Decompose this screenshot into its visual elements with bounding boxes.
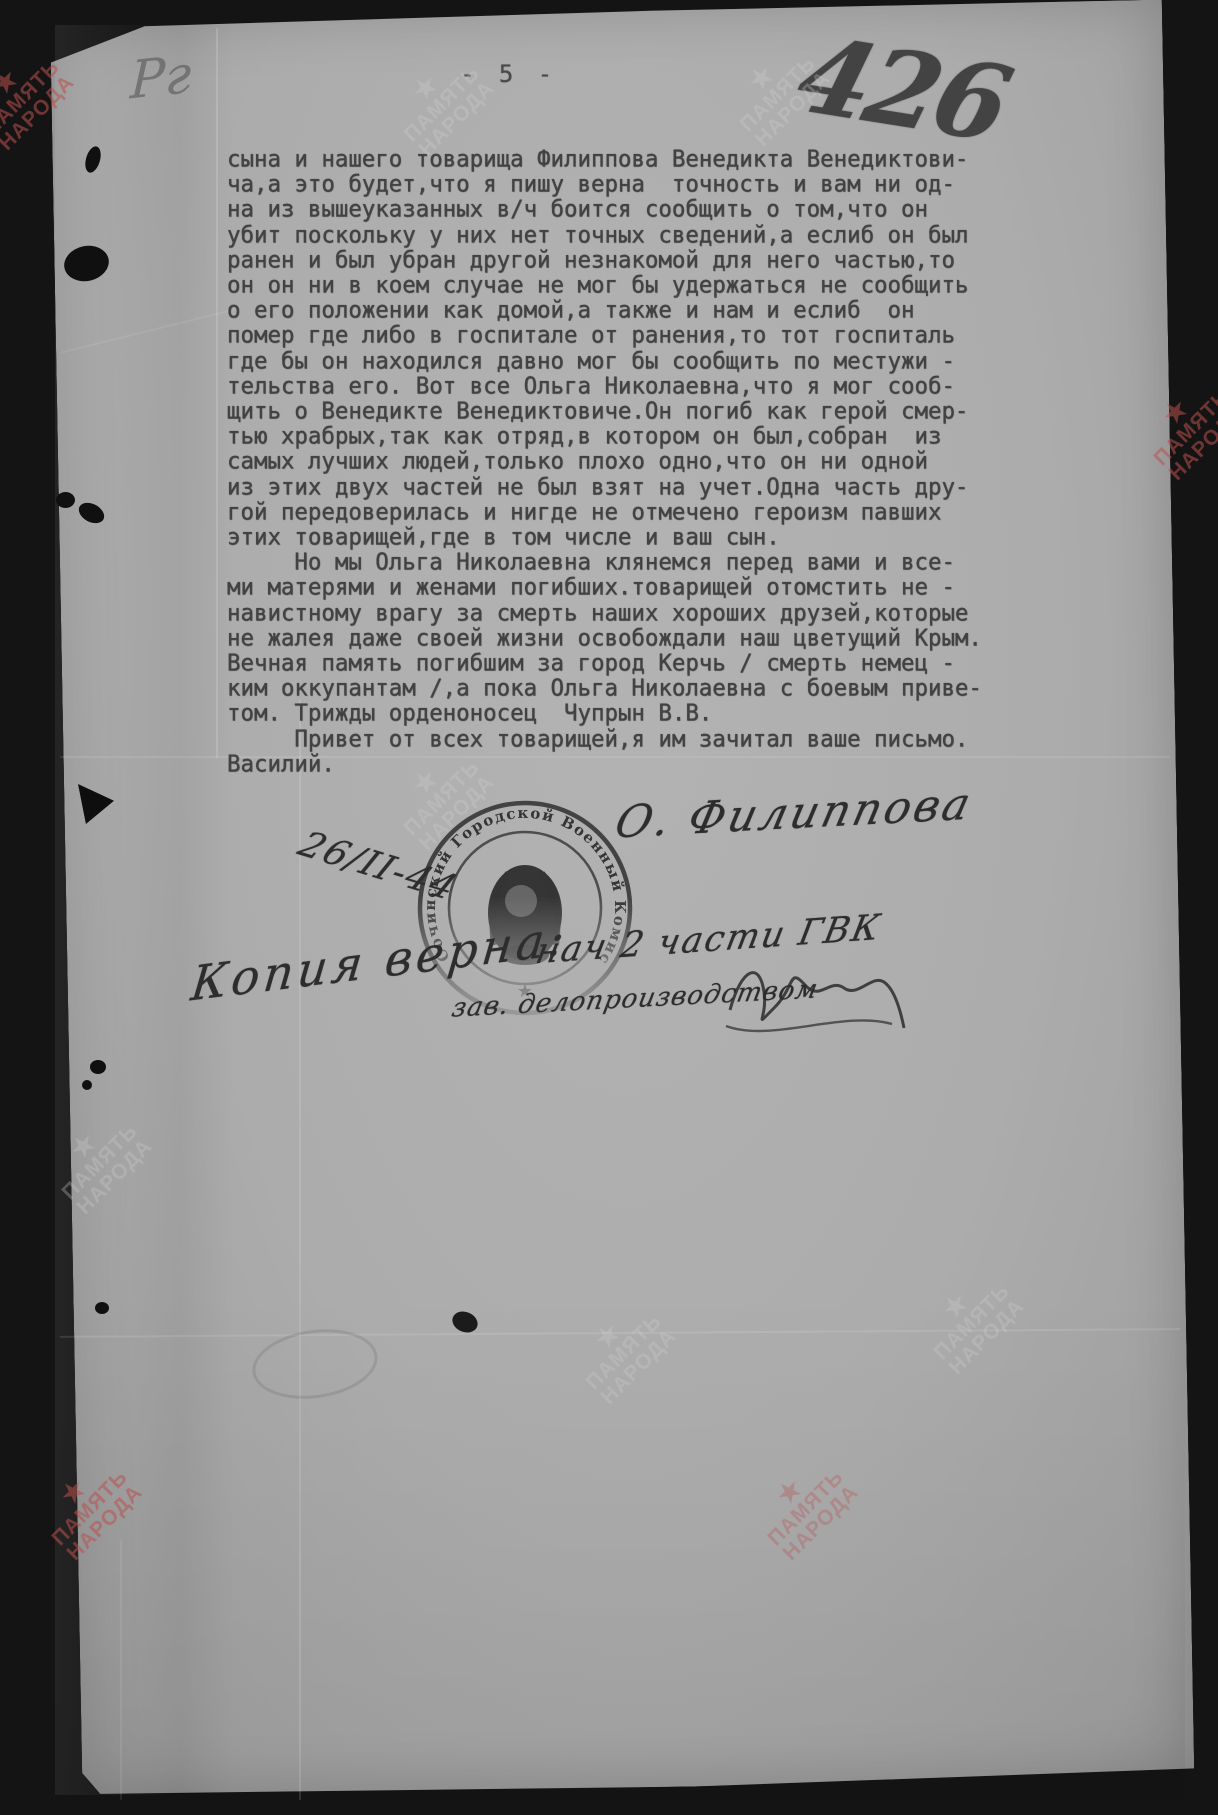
typed-line: ким оккупантам /,а пока Ольга Николаевна…	[227, 676, 982, 702]
typed-line: Но мы Ольга Николаевна клянемся перед ва…	[227, 550, 982, 576]
clerk-signature-flourish	[722, 948, 907, 1048]
document-scan: ★ ПАМЯТЬ НАРОДА ★ ПАМЯТЬ НАРОДА ★ ПАМЯТЬ…	[0, 0, 1218, 1815]
punch-hole	[95, 1302, 109, 1314]
typed-line: ча,а это будет,что я пишу верна точность…	[227, 172, 982, 198]
typed-line: гой передоверилась и нигде не отмечено г…	[227, 499, 982, 525]
typed-line: Василий.	[227, 751, 982, 777]
typed-line: на из вышеуказанных в/ч боится сообщить …	[227, 197, 982, 223]
typed-line: Вечная память погибшим за город Керчь / …	[227, 651, 982, 677]
typed-line: не жалея даже своей жизни освобождали на…	[227, 625, 982, 651]
punch-hole	[82, 1080, 92, 1090]
letter-text: сына и нашего товарища Филиппова Венедик…	[227, 147, 982, 777]
typed-line: где бы он находился давно мог бы сообщит…	[227, 348, 982, 374]
typed-line: самых лучших людей,только плохо одно,что…	[227, 449, 982, 475]
typed-line: о его положении как домой,а также и нам …	[227, 298, 982, 324]
typed-line: он он ни в коем случае не мог бы удержат…	[227, 273, 982, 299]
typed-line: Привет от всех товарищей,я им зачитал ва…	[227, 726, 982, 752]
typed-line: помер где либо в госпитале от ранения,то…	[227, 323, 982, 349]
typed-line: из этих двух частей не был взят на учет.…	[227, 474, 982, 500]
typed-line: этих товарищей,где в том числе и ваш сын…	[227, 525, 982, 551]
typed-line: тью храбрых,так как отряд,в котором он б…	[227, 424, 982, 450]
typed-line: тельства его. Вот все Ольга Николаевна,ч…	[227, 373, 982, 399]
typed-line: ми матерями и женами погибших.товарищей …	[227, 575, 982, 601]
typed-line: щить о Венедикте Венедиктовиче.Он погиб …	[227, 399, 982, 425]
star-icon: ★	[0, 63, 23, 99]
watermark-text: НАРОДА	[1166, 402, 1218, 485]
typed-line: ранен и был убран другой незнакомой для …	[227, 247, 982, 273]
page-number: - 5 -	[460, 60, 557, 88]
typed-line: сына и нашего товарища Филиппова Венедик…	[227, 146, 982, 172]
typed-line: убит поскольку у них нет точных сведений…	[227, 222, 982, 248]
typed-line: том. Трижды орденоносец Чупрын В.В.	[227, 701, 982, 727]
typed-line: навистному врагу за смерть наших хороших…	[227, 600, 982, 626]
punch-hole	[56, 492, 75, 508]
punch-hole	[90, 1060, 106, 1074]
corner-pencil-mark: Рг	[129, 45, 192, 112]
